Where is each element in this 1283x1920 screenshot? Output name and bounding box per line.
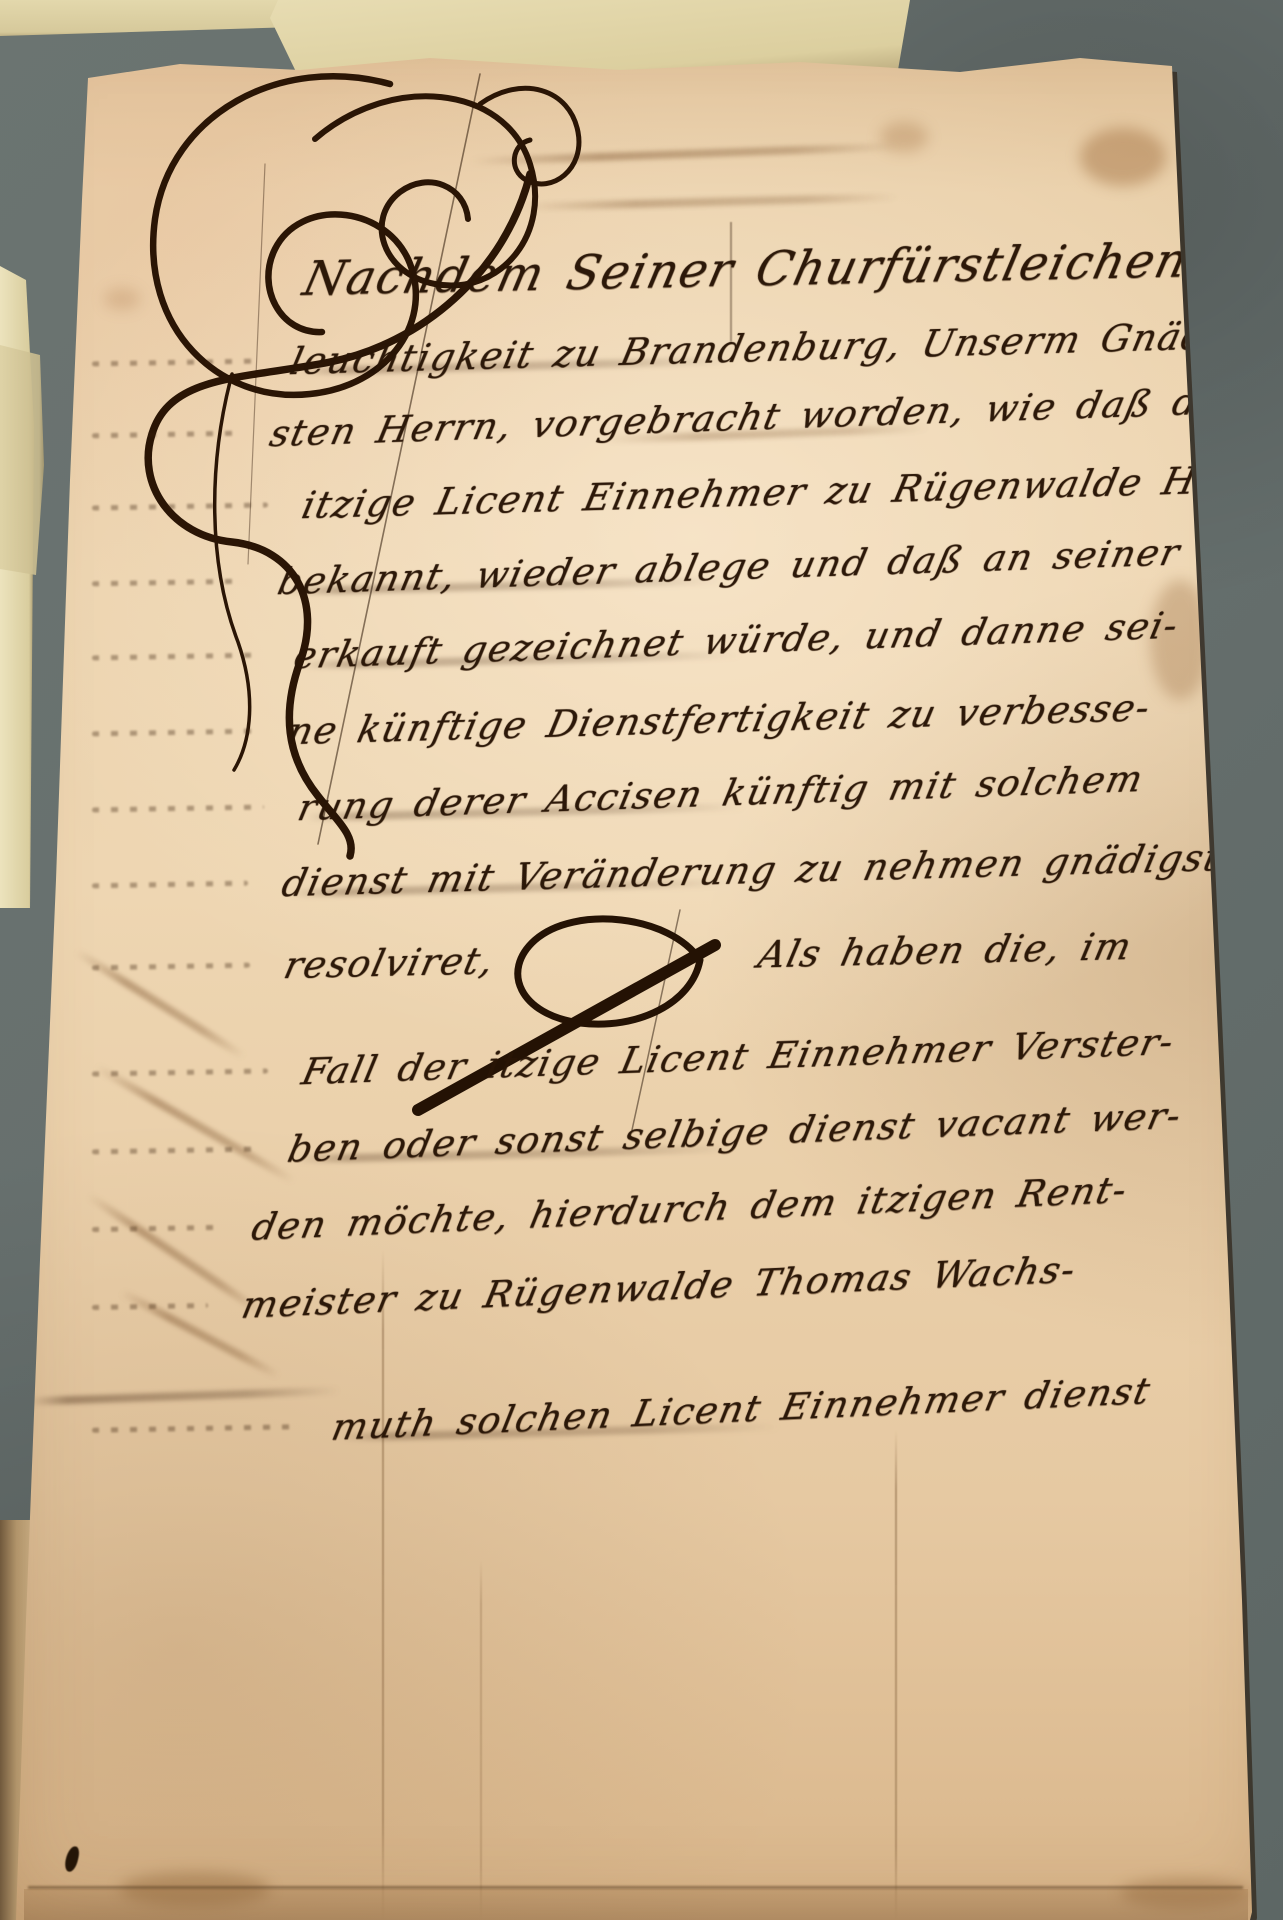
ink-offset-marks — [92, 653, 260, 661]
manuscript-line: Fall der itzige Licent Einnehmer Verster… — [298, 1020, 1179, 1093]
manuscript-line: den möchte, hierdurch dem itzigen Rent- — [248, 1168, 1132, 1249]
manuscript-page: Nachdem Seiner Churfürstleichen Durch —l… — [0, 0, 1283, 1920]
manuscript-line: ben oder sonst selbige dienst vacant wer… — [284, 1094, 1186, 1171]
red-fiber-speck — [60, 486, 65, 491]
ink-offset-marks — [92, 881, 248, 889]
ink-offset-marks — [92, 1068, 268, 1076]
manuscript-line: itzige Licent Einnehmer zu Rügenwalde He… — [298, 457, 1264, 527]
ink-offset-marks — [92, 431, 236, 439]
manuscript-line: resolviret, Als haben die, im — [280, 925, 1137, 987]
manuscript-line: ne künftige Dienstfertigkeit zu verbesse… — [284, 686, 1155, 753]
manuscript-line: rung derer Accisen künftig mit solchem — [294, 757, 1148, 829]
ink-offset-marks — [92, 1303, 208, 1310]
manuscript-line: leuchtigkeit zu Brandenburg, Unserm Gnäd… — [286, 313, 1265, 383]
ink-offset-marks — [92, 359, 256, 367]
ink-offset-marks — [92, 1147, 254, 1155]
manuscript-line: erkauft gezeichnet würde, und danne sei- — [290, 603, 1183, 677]
ink-offset-marks — [92, 502, 268, 510]
text-block: Nachdem Seiner Churfürstleichen Durch —l… — [0, 0, 1283, 1920]
ink-offset-marks — [92, 1424, 298, 1433]
manuscript-line: meister zu Rügenwalde Thomas Wachs- — [238, 1248, 1080, 1327]
ink-offset-marks — [92, 963, 250, 971]
manuscript-line: sten Herrn, vorgebracht worden, wie daß … — [266, 378, 1246, 455]
manuscript-line: Nachdem Seiner Churfürstleichen Durch — — [298, 228, 1283, 307]
manuscript-line: dienst mit Veränderung zu nehmen gnädigs… — [278, 836, 1226, 905]
ink-offset-marks — [92, 579, 244, 587]
background-sheet-left-tab — [0, 345, 46, 575]
photograph-scene: Nachdem Seiner Churfürstleichen Durch —l… — [0, 0, 1283, 1920]
ink-offset-marks — [92, 804, 264, 812]
ink-offset-marks — [92, 1225, 218, 1232]
manuscript-line: bekannt, wieder ablege und daß an seiner — [274, 530, 1185, 603]
manuscript-line: muth solchen Licent Einnehmer dienst — [328, 1369, 1155, 1449]
ink-offset-marks — [92, 729, 254, 737]
